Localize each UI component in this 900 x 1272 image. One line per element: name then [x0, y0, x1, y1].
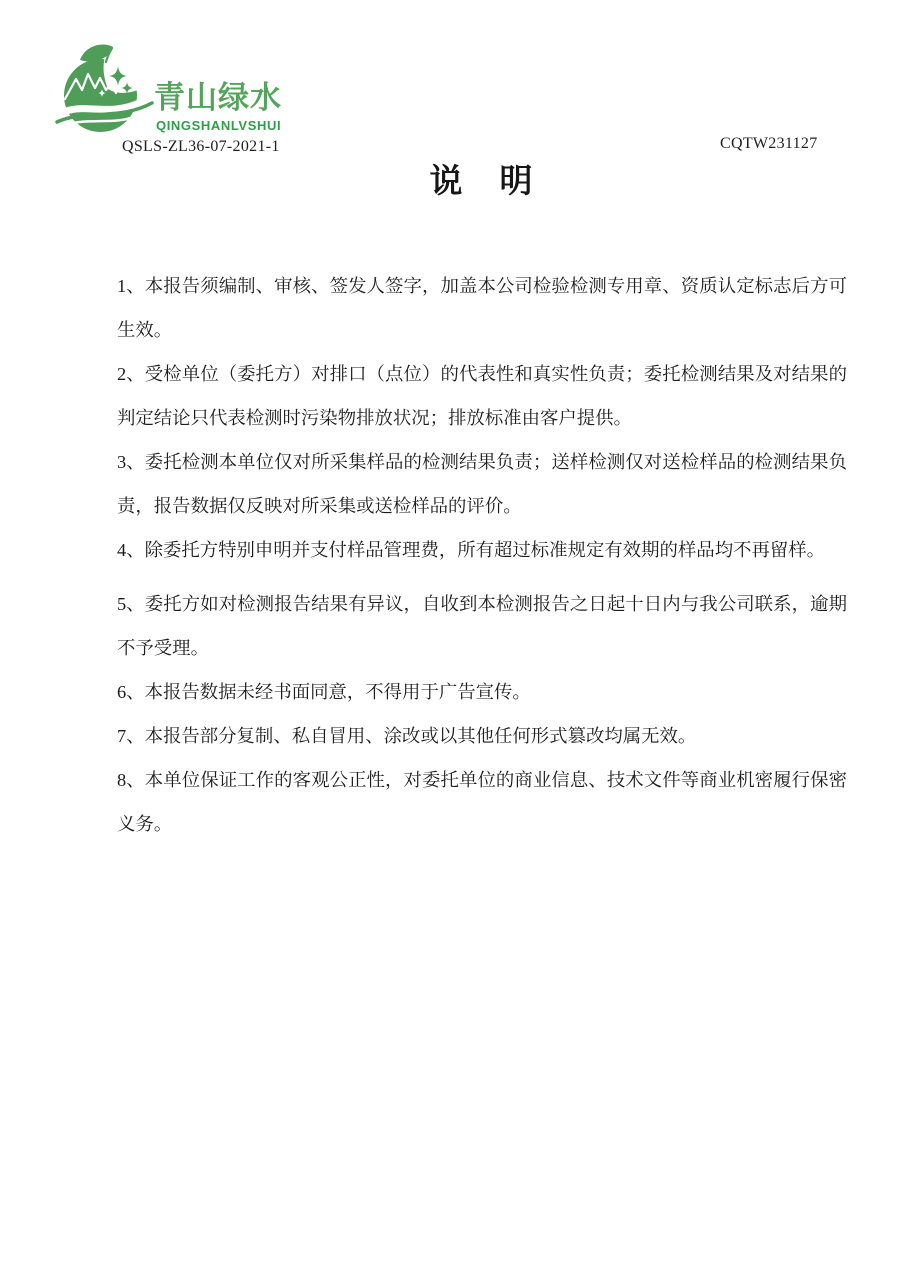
company-logo: 青山绿水 QINGSHANLVSHUI [50, 33, 300, 145]
company-name-cn: 青山绿水 [154, 81, 282, 114]
report-explanation-page: 青山绿水 QINGSHANLVSHUI QSLS-ZL36-07-2021-1 … [0, 0, 900, 1272]
note-item-6: 6、本报告数据未经书面同意，不得用于广告宣传。 [117, 670, 847, 714]
company-name-en: QINGSHANLVSHUI [156, 118, 281, 133]
note-item-8: 8、本单位保证工作的客观公正性，对委托单位的商业信息、技术文件等商业机密履行保密… [117, 758, 847, 846]
note-item-7: 7、本报告部分复制、私自冒用、涂改或以其他任何形式篡改均属无效。 [117, 714, 847, 758]
note-item-2: 2、受检单位（委托方）对排口（点位）的代表性和真实性负责；委托检测结果及对结果的… [117, 352, 847, 440]
company-logo-icon [50, 33, 160, 137]
note-item-3: 3、委托检测本单位仅对所采集样品的检测结果负责；送样检测仅对送检样品的检测结果负… [117, 440, 847, 528]
page-title: 说 明 [117, 162, 847, 202]
note-item-5: 5、委托方如对检测报告结果有异议，自收到本检测报告之日起十日内与我公司联系，逾期… [117, 582, 847, 670]
note-item-4: 4、除委托方特别申明并支付样品管理费，所有超过标准规定有效期的样品均不再留样。 [117, 528, 847, 572]
document-code: QSLS-ZL36-07-2021-1 [122, 138, 280, 156]
note-item-1: 1、本报告须编制、审核、签发人签字，加盖本公司检验检测专用章、资质认定标志后方可… [117, 264, 847, 352]
report-number: CQTW231127 [720, 135, 818, 153]
notes-list: 1、本报告须编制、审核、签发人签字，加盖本公司检验检测专用章、资质认定标志后方可… [117, 264, 847, 846]
